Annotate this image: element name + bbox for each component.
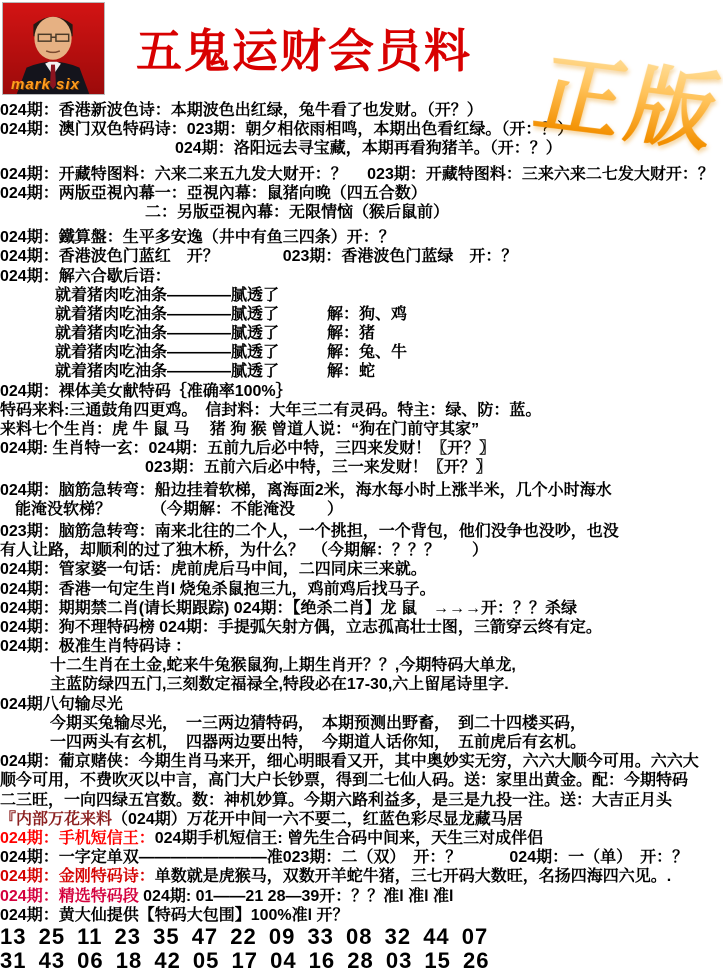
text-line: 13 25 11 23 35 47 22 09 33 08 32 44 07	[0, 925, 723, 949]
line-text: 一四两头有玄机， 四器两边要出特， 今期道人话你知， 五前虎后有玄机。	[50, 734, 586, 751]
text-line: 十二生肖在土金,蛇来牛兔猴鼠狗,上期生肖开？？,今期特码大单龙,	[0, 656, 723, 675]
line-text: 就着猪肉吃油条————腻透了 解：猪	[55, 325, 375, 342]
line-text: 024期：裸体美女献特码｛准确率100%｝	[0, 383, 292, 400]
line-text: 024期：脑筋急转弯：船边挂着软梯，离海面2米，海水每小时上涨半米，几个小时海水	[0, 482, 612, 499]
text-line: 有人让路，却顺利的过了独木桥，为什么？ （今期解：？？？ ）	[0, 541, 723, 560]
line-text: 023期：五前六后必中特，三一来发财！〖开？〗	[145, 459, 492, 476]
line-text: 有人让路，却顺利的过了独木桥，为什么？ （今期解：？？？ ）	[0, 542, 488, 559]
content-lines: 024期：香港新波色诗：本期波色出红绿，兔牛看了也发财。（开？）024期：澳门双…	[0, 101, 723, 970]
portrait-photo: mark six	[2, 2, 105, 95]
text-line: 024期：一字定单双————————准023期：二（双） 开：？ 024期：一（…	[0, 848, 723, 867]
text-line: 能淹没软梯？ （今期解：不能淹没 ）	[0, 500, 723, 519]
line-text: 024期八句输尽光	[0, 696, 123, 713]
line-text: 13 25 11 23 35 47 22 09 33 08 32 44 07	[0, 924, 488, 949]
text-line: 024期：期期禁二肖(请长期跟踪) 024期：【绝杀二肖】龙 鼠 →→→开：？？…	[0, 599, 723, 618]
flyer-page: mark six 五鬼运财会员料 正版 024期：香港新波色诗：本期波色出红绿，…	[0, 0, 723, 970]
line-text: 024期：狗不理特码榜 024期：手提弧矢射方偶，立志孤高壮士图，三箭穿云终有定…	[0, 619, 602, 636]
line-text: 024期：洛阳远去寻宝藏，本期再看狗猪羊。（开：？）	[175, 140, 562, 157]
line-text: 31 43 06 18 42 05 17 04 16 28 03 15 26	[0, 948, 489, 970]
text-line: 024期：开藏特图料：六来二来五九发大财开：？ 023期：开藏特图料：三来六来二…	[0, 165, 723, 184]
line-text: 024期：管家婆一句话：虎前虎后马中间，二四同床三来就。	[0, 561, 427, 578]
text-line: 024期：香港一句定生肖l 烧兔杀鼠抱三九，鸡前鸡后找马子。	[0, 580, 723, 599]
page-title: 五鬼运财会员料	[136, 26, 486, 78]
text-line: 就着猪肉吃油条————腻透了 解：蛇	[0, 362, 723, 381]
text-line: 024期：极准生肖特码诗 ：	[0, 637, 723, 656]
text-line: 31 43 06 18 42 05 17 04 16 28 03 15 26	[0, 949, 723, 970]
line-text: 024期：一字定单双————————准023期：二（双） 开：？ 024期：一（…	[0, 849, 688, 866]
text-line: 024期：金刚特码诗：单数就是虎猴马，双数开羊蛇牛猪，三七开码大数旺，名扬四海四…	[0, 867, 723, 886]
text-line: 024期：精选特码段 024期: 01——21 28—39开：？？准l 准l 准…	[0, 887, 723, 906]
line-text: 特码来料:三通鼓角四更鸡。 信封料：大年三二有灵码。特主：绿、防：蓝。	[0, 402, 541, 419]
text-line: 一四两头有玄机， 四器两边要出特， 今期道人话你知， 五前虎后有玄机。	[0, 733, 723, 752]
line-text: 今期买兔输尽光， 一三两边猜特码， 本期预测出野畜， 到二十四楼买码，	[50, 715, 586, 732]
line-text: 024期: 生肖特一玄：024期：五前九后必中特，三四来发财！〖开？〗	[0, 440, 495, 457]
text-line: 024期：鐵算盤：生平多安逸（井中有鱼三四条）开：？	[0, 228, 723, 247]
text-line: 主蓝防绿四五门,三刻数定福禄全,特段必在17-30,六上留尾诗里字.	[0, 675, 723, 694]
text-line: 二：另版亞視內幕：无限情恼（猴后鼠前）	[0, 203, 723, 222]
line-text: 024期：澳门双色特码诗：023期：朝夕相依雨相鸣，本期出色看红绿。（开：？）	[0, 121, 573, 138]
line-text: 二三旺，一向四绿五宫数。数：神机妙算。今期六路利益多，是三是九投一注。送：大吉正…	[0, 792, 672, 809]
text-line: 今期买兔输尽光， 一三两边猜特码， 本期预测出野畜， 到二十四楼买码，	[0, 714, 723, 733]
text-line: 来料七个生肖：虎 牛 鼠 马 猪 狗 猴 曾道人说：“狗在门前守其家”	[0, 420, 723, 439]
line-text: 顺今可用，不费吹灭以中言，高门大户长钞票，得到二七仙人码。送：家里出黄金。配：今…	[0, 772, 688, 789]
line-text: 024期：两版亞視內幕一：亞視內幕：鼠猪向晚（四五合数）	[0, 185, 427, 202]
line-text: 024期：解六合歇后语：	[0, 268, 171, 285]
text-line: 024期：手机短信王：024期手机短信王: 曾先生合码中间来，天生三对成伴侣	[0, 829, 723, 848]
text-line: 『内部万花来料（024期）万花开中间一六不要二，红蓝色彩尽显龙藏马居	[0, 810, 723, 829]
text-line: 顺今可用，不费吹灭以中言，高门大户长钞票，得到二七仙人码。送：家里出黄金。配：今…	[0, 771, 723, 790]
line-text: 024期：香港新波色诗：本期波色出红绿，兔牛看了也发财。（开？）	[0, 102, 483, 119]
line-text: 能淹没软梯？ （今期解：不能淹没 ）	[15, 501, 343, 518]
line-label: 『内部万花来料	[0, 811, 112, 828]
line-label: 024期：精选特码段	[0, 888, 143, 905]
line-text: 主蓝防绿四五门,三刻数定福禄全,特段必在17-30,六上留尾诗里字.	[50, 676, 509, 693]
line-text: 024期：黄大仙提供【特码大包围】100%准l 开？	[0, 907, 349, 924]
text-line: 024期：狗不理特码榜 024期：手提弧矢射方偶，立志孤高壮士图，三箭穿云终有定…	[0, 618, 723, 637]
photo-watermark-text: mark six	[11, 76, 80, 93]
text-line: 024期: 生肖特一玄：024期：五前九后必中特，三四来发财！〖开？〗	[0, 439, 723, 458]
line-text: 单数就是虎猴马，双数开羊蛇牛猪，三七开码大数旺，名扬四海四六见。.	[155, 868, 671, 885]
text-line: 024期：香港波色门蓝红 开？ 023期：香港波色门蓝绿 开：？	[0, 247, 723, 266]
text-line: 就着猪肉吃油条————腻透了 解：猪	[0, 324, 723, 343]
text-line: 024期：脑筋急转弯：船边挂着软梯，离海面2米，海水每小时上涨半米，几个小时海水	[0, 481, 723, 500]
text-line: 就着猪肉吃油条————腻透了	[0, 286, 723, 305]
text-line: 023期：五前六后必中特，三一来发财！〖开？〗	[0, 458, 723, 477]
line-text: 024期: 01——21 28—39开：？？准l 准l 准l	[143, 888, 453, 905]
line-text: 就着猪肉吃油条————腻透了	[55, 287, 279, 304]
line-text: （024期）万花开中间一六不要二，红蓝色彩尽显龙藏马居	[112, 811, 523, 828]
line-text: 024期：葡京赌侠：今期生肖马来开，细心明眼看又开，其中奥妙实无穷，六六大顺今可…	[0, 753, 699, 770]
text-line: 024期：裸体美女献特码｛准确率100%｝	[0, 382, 723, 401]
text-line: 024期：黄大仙提供【特码大包围】100%准l 开？	[0, 906, 723, 925]
line-text: 二：另版亞視內幕：无限情恼（猴后鼠前）	[145, 204, 449, 221]
text-line: 024期八句输尽光	[0, 695, 723, 714]
line-text: 024期：开藏特图料：六来二来五九发大财开：？ 023期：开藏特图料：三来六来二…	[0, 166, 714, 183]
line-text: 就着猪肉吃油条————腻透了 解：兔、牛	[55, 344, 407, 361]
line-text: 024期：期期禁二肖(请长期跟踪) 024期：【绝杀二肖】龙 鼠 →→→开：？？…	[0, 600, 577, 617]
line-text: 024期：香港波色门蓝红 开？ 023期：香港波色门蓝绿 开：？	[0, 248, 517, 265]
text-line: 024期：两版亞視內幕一：亞視內幕：鼠猪向晚（四五合数）	[0, 184, 723, 203]
line-label: 024期：金刚特码诗：	[0, 868, 155, 885]
text-line: 二三旺，一向四绿五宫数。数：神机妙算。今期六路利益多，是三是九投一注。送：大吉正…	[0, 791, 723, 810]
line-label: 024期：手机短信王：	[0, 830, 155, 847]
line-text: 024期：香港一句定生肖l 烧兔杀鼠抱三九，鸡前鸡后找马子。	[0, 581, 436, 598]
text-line: 024期：管家婆一句话：虎前虎后马中间，二四同床三来就。	[0, 560, 723, 579]
text-line: 024期：葡京赌侠：今期生肖马来开，细心明眼看又开，其中奥妙实无穷，六六大顺今可…	[0, 752, 723, 771]
text-line: 就着猪肉吃油条————腻透了 解：狗、鸡	[0, 305, 723, 324]
line-text: 就着猪肉吃油条————腻透了 解：蛇	[55, 363, 375, 380]
line-text: 024期：极准生肖特码诗 ：	[0, 638, 191, 655]
line-text: 024期手机短信王: 曾先生合码中间来，天生三对成伴侣	[155, 830, 543, 847]
line-text: 023期：脑筋急转弯：南来北往的二个人，一个挑担，一个背包，他们没争也没吵，也没	[0, 523, 619, 540]
genuine-stamp: 正版	[523, 34, 723, 174]
line-text: 024期：鐵算盤：生平多安逸（井中有鱼三四条）开：？	[0, 229, 395, 246]
text-line: 就着猪肉吃油条————腻透了 解：兔、牛	[0, 343, 723, 362]
text-line: 023期：脑筋急转弯：南来北往的二个人，一个挑担，一个背包，他们没争也没吵，也没	[0, 522, 723, 541]
line-text: 十二生肖在土金,蛇来牛兔猴鼠狗,上期生肖开？？,今期特码大单龙,	[50, 657, 516, 674]
line-text: 就着猪肉吃油条————腻透了 解：狗、鸡	[55, 306, 407, 323]
line-text: 来料七个生肖：虎 牛 鼠 马 猪 狗 猴 曾道人说：“狗在门前守其家”	[0, 421, 479, 438]
text-line: 024期：解六合歇后语：	[0, 267, 723, 286]
text-line: 特码来料:三通鼓角四更鸡。 信封料：大年三二有灵码。特主：绿、防：蓝。	[0, 401, 723, 420]
